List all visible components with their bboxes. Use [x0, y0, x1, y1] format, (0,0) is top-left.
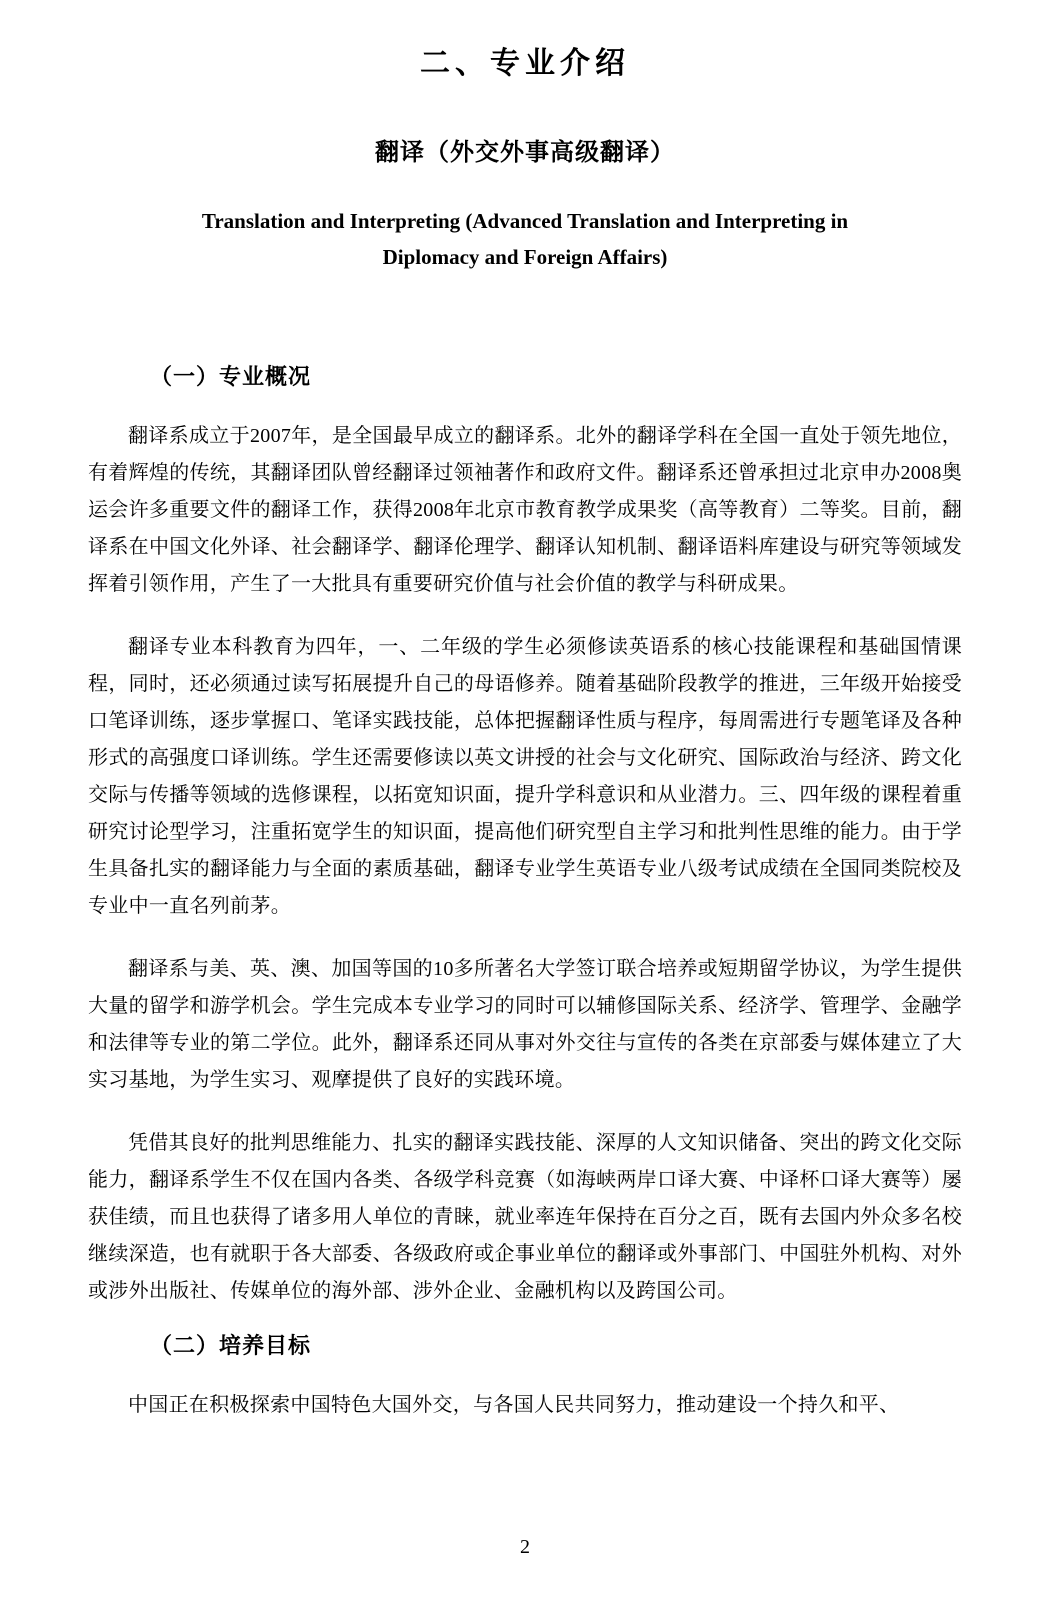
major-title-english: Translation and Interpreting (Advanced T…	[88, 203, 962, 275]
overview-paragraph-2: 翻译专业本科教育为四年，一、二年级的学生必须修读英语系的核心技能课程和基础国情课…	[88, 629, 962, 925]
page-number: 2	[0, 1536, 1050, 1559]
goals-paragraph-1: 中国正在积极探索中国特色大国外交，与各国人民共同努力，推动建设一个持久和平、	[88, 1387, 962, 1424]
document-page: 二、专业介绍 翻译（外交外事高级翻译） Translation and Inte…	[0, 0, 1050, 1600]
page-title: 二、专业介绍	[88, 46, 962, 82]
section-heading-overview: （一）专业概况	[150, 363, 962, 392]
overview-paragraph-1: 翻译系成立于2007年，是全国最早成立的翻译系。北外的翻译学科在全国一直处于领先…	[88, 418, 962, 603]
overview-paragraph-4: 凭借其良好的批判思维能力、扎实的翻译实践技能、深厚的人文知识储备、突出的跨文化交…	[88, 1125, 962, 1310]
overview-paragraph-3: 翻译系与美、英、澳、加国等国的10多所著名大学签订联合培养或短期留学协议，为学生…	[88, 951, 962, 1099]
major-title-chinese: 翻译（外交外事高级翻译）	[88, 138, 962, 167]
english-title-line2: Diplomacy and Foreign Affairs)	[88, 239, 962, 275]
english-title-line1: Translation and Interpreting (Advanced T…	[88, 203, 962, 239]
section-heading-goals: （二）培养目标	[150, 1332, 962, 1361]
